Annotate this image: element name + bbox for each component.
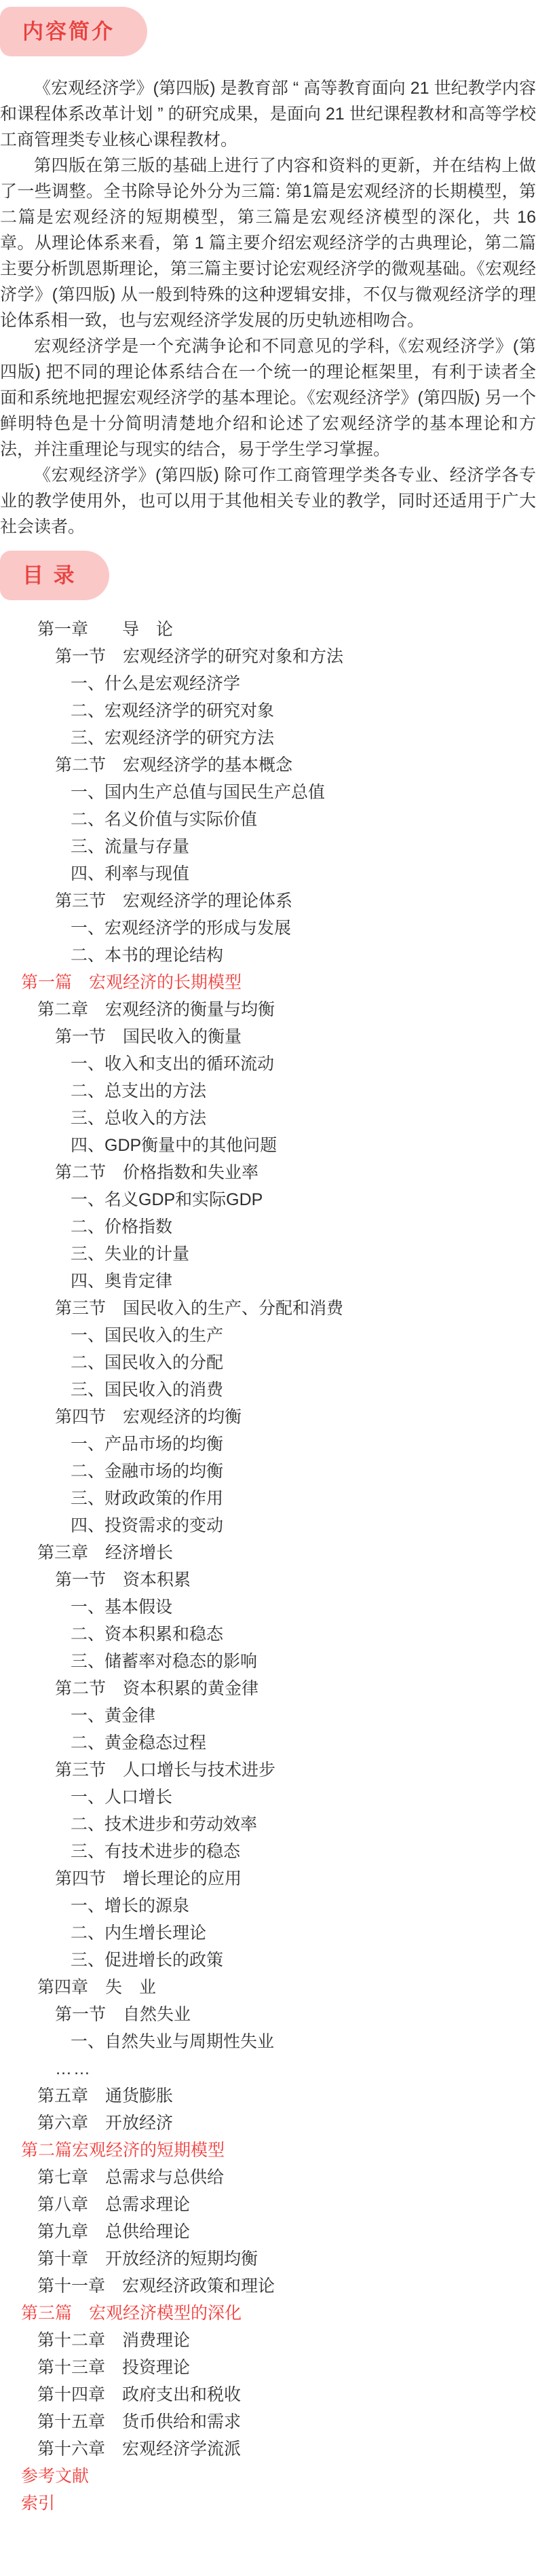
toc-entry-chapter: 第十二章 消费理论 xyxy=(0,2327,536,2354)
toc-entry-item: 三、促进增长的政策 xyxy=(0,1947,536,1974)
toc-entry-chapter: 第八章 总需求理论 xyxy=(0,2191,536,2218)
toc-entry-section: 第四节 增长理论的应用 xyxy=(0,1865,536,1892)
toc-entry-item: 二、内生增长理论 xyxy=(0,1919,536,1947)
toc-entry-item: 二、名义价值与实际价值 xyxy=(0,806,536,833)
toc-entry-section: 第一节 自然失业 xyxy=(0,2001,536,2028)
toc-entry-item: 一、基本假设 xyxy=(0,1594,536,1621)
toc-entry-section: 第一节 资本积累 xyxy=(0,1566,536,1594)
toc-entry-chapter: 第三章 经济增长 xyxy=(0,1539,536,1566)
intro-section-title: 内容简介 xyxy=(22,20,115,43)
toc-entry-chapter: 第二章 宏观经济的衡量与均衡 xyxy=(0,996,536,1023)
toc-entry-section: 第一节 国民收入的衡量 xyxy=(0,1023,536,1050)
intro-paragraphs: 《宏观经济学》(第四版) 是教育部 “ 高等教育面向 21 世纪教学内容和课程体… xyxy=(0,75,536,540)
intro-paragraph: 《宏观经济学》(第四版) 除可作工商管理学类各专业、经济学各专业的教学使用外，也… xyxy=(0,462,536,540)
toc-entry-chapter: 第五章 通货膨胀 xyxy=(0,2082,536,2110)
toc-entry-part: 第三篇 宏观经济模型的深化 xyxy=(0,2300,536,2327)
toc-entry-item: 一、人口增长 xyxy=(0,1784,536,1811)
toc-entry-part: 第二篇宏观经济的短期模型 xyxy=(0,2137,536,2164)
toc-entry-item: 一、收入和支出的循环流动 xyxy=(0,1050,536,1078)
toc-entry-chapter: 第六章 开放经济 xyxy=(0,2110,536,2137)
toc-entry-chapter: 第一章 导 论 xyxy=(0,616,536,643)
intro-section-badge: 内容简介 xyxy=(0,7,147,56)
toc-entry-item: 三、宏观经济学的研究方法 xyxy=(0,724,536,752)
toc-entry-section: 第一节 宏观经济学的研究对象和方法 xyxy=(0,643,536,670)
toc-entry-item: 二、国民收入的分配 xyxy=(0,1349,536,1376)
toc-entry-chapter: 第十章 开放经济的短期均衡 xyxy=(0,2245,536,2273)
toc-entry-backmatter: 参考文献 xyxy=(0,2463,536,2490)
toc-entry-chapter: 第十四章 政府支出和税收 xyxy=(0,2381,536,2408)
intro-paragraph: 宏观经济学是一个充满争论和不同意见的学科,《宏观经济学》(第四版) 把不同的理论… xyxy=(0,333,536,462)
toc-entry-item: 三、有技术进步的稳态 xyxy=(0,1838,536,1865)
book-detail-page: 内容简介 《宏观经济学》(第四版) 是教育部 “ 高等教育面向 21 世纪教学内… xyxy=(0,0,536,2576)
toc-entry-item: 一、名义GDP和实际GDP xyxy=(0,1186,536,1213)
toc-entry-section: 第二节 宏观经济学的基本概念 xyxy=(0,752,536,779)
toc-entry-ellipsis: …… xyxy=(0,2055,536,2082)
toc-entry-chapter: 第十一章 宏观经济政策和理论 xyxy=(0,2273,536,2300)
toc-entry-section: 第三节 宏观经济学的理论体系 xyxy=(0,887,536,915)
toc-entry-section: 第二节 资本积累的黄金律 xyxy=(0,1675,536,1702)
toc-list: 第一章 导 论第一节 宏观经济学的研究对象和方法一、什么是宏观经济学二、宏观经济… xyxy=(0,616,536,2517)
toc-entry-item: 三、总收入的方法 xyxy=(0,1105,536,1132)
toc-entry-item: 四、投资需求的变动 xyxy=(0,1512,536,1539)
toc-entry-section: 第二节 价格指数和失业率 xyxy=(0,1159,536,1186)
toc-entry-item: 一、增长的源泉 xyxy=(0,1892,536,1919)
toc-entry-item: 一、国内生产总值与国民生产总值 xyxy=(0,779,536,806)
toc-entry-chapter: 第九章 总供给理论 xyxy=(0,2218,536,2245)
toc-entry-chapter: 第四章 失 业 xyxy=(0,1974,536,2001)
toc-entry-chapter: 第七章 总需求与总供给 xyxy=(0,2164,536,2191)
toc-entry-item: 三、储蓄率对稳态的影响 xyxy=(0,1648,536,1675)
toc-entry-item: 四、奥肯定律 xyxy=(0,1268,536,1295)
toc-entry-item: 二、金融市场的均衡 xyxy=(0,1458,536,1485)
toc-entry-chapter: 第十三章 投资理论 xyxy=(0,2354,536,2381)
toc-entry-item: 三、国民收入的消费 xyxy=(0,1376,536,1403)
toc-entry-section: 第三节 国民收入的生产、分配和消费 xyxy=(0,1295,536,1322)
toc-badge-row: 目 录 xyxy=(0,551,536,600)
toc-entry-item: 二、黄金稳态过程 xyxy=(0,1729,536,1756)
toc-entry-chapter: 第十五章 货币供给和需求 xyxy=(0,2408,536,2435)
toc-entry-item: 三、财政政策的作用 xyxy=(0,1485,536,1512)
toc-entry-item: 一、国民收入的生产 xyxy=(0,1322,536,1349)
toc-entry-item: 二、价格指数 xyxy=(0,1213,536,1240)
toc-entry-backmatter: 索引 xyxy=(0,2490,536,2517)
toc-entry-item: 一、自然失业与周期性失业 xyxy=(0,2028,536,2055)
toc-entry-section: 第三节 人口增长与技术进步 xyxy=(0,1756,536,1784)
toc-entry-item: 三、失业的计量 xyxy=(0,1240,536,1268)
toc-entry-part: 第一篇 宏观经济的长期模型 xyxy=(0,969,536,996)
toc-section-badge: 目 录 xyxy=(0,551,109,600)
toc-entry-item: 四、利率与现值 xyxy=(0,860,536,887)
toc-entry-item: 一、什么是宏观经济学 xyxy=(0,670,536,697)
toc-entry-item: 二、宏观经济学的研究对象 xyxy=(0,697,536,724)
toc-section-title: 目 录 xyxy=(22,564,77,587)
toc-entry-item: 一、宏观经济学的形成与发展 xyxy=(0,915,536,942)
toc-entry-item: 三、流量与存量 xyxy=(0,833,536,860)
toc-entry-item: 二、技术进步和劳动效率 xyxy=(0,1811,536,1838)
toc-entry-item: 一、黄金律 xyxy=(0,1702,536,1729)
toc-entry-item: 二、本书的理论结构 xyxy=(0,942,536,969)
toc-entry-item: 一、产品市场的均衡 xyxy=(0,1431,536,1458)
intro-paragraph: 第四版在第三版的基础上进行了内容和资料的更新，并在结构上做了一些调整。全书除导论… xyxy=(0,153,536,333)
toc-entry-chapter: 第十六章 宏观经济学流派 xyxy=(0,2435,536,2463)
toc-entry-section: 第四节 宏观经济的均衡 xyxy=(0,1403,536,1431)
intro-paragraph: 《宏观经济学》(第四版) 是教育部 “ 高等教育面向 21 世纪教学内容和课程体… xyxy=(0,75,536,153)
toc-entry-item: 二、总支出的方法 xyxy=(0,1078,536,1105)
toc-entry-item: 二、资本积累和稳态 xyxy=(0,1621,536,1648)
toc-entry-item: 四、GDP衡量中的其他问题 xyxy=(0,1132,536,1159)
